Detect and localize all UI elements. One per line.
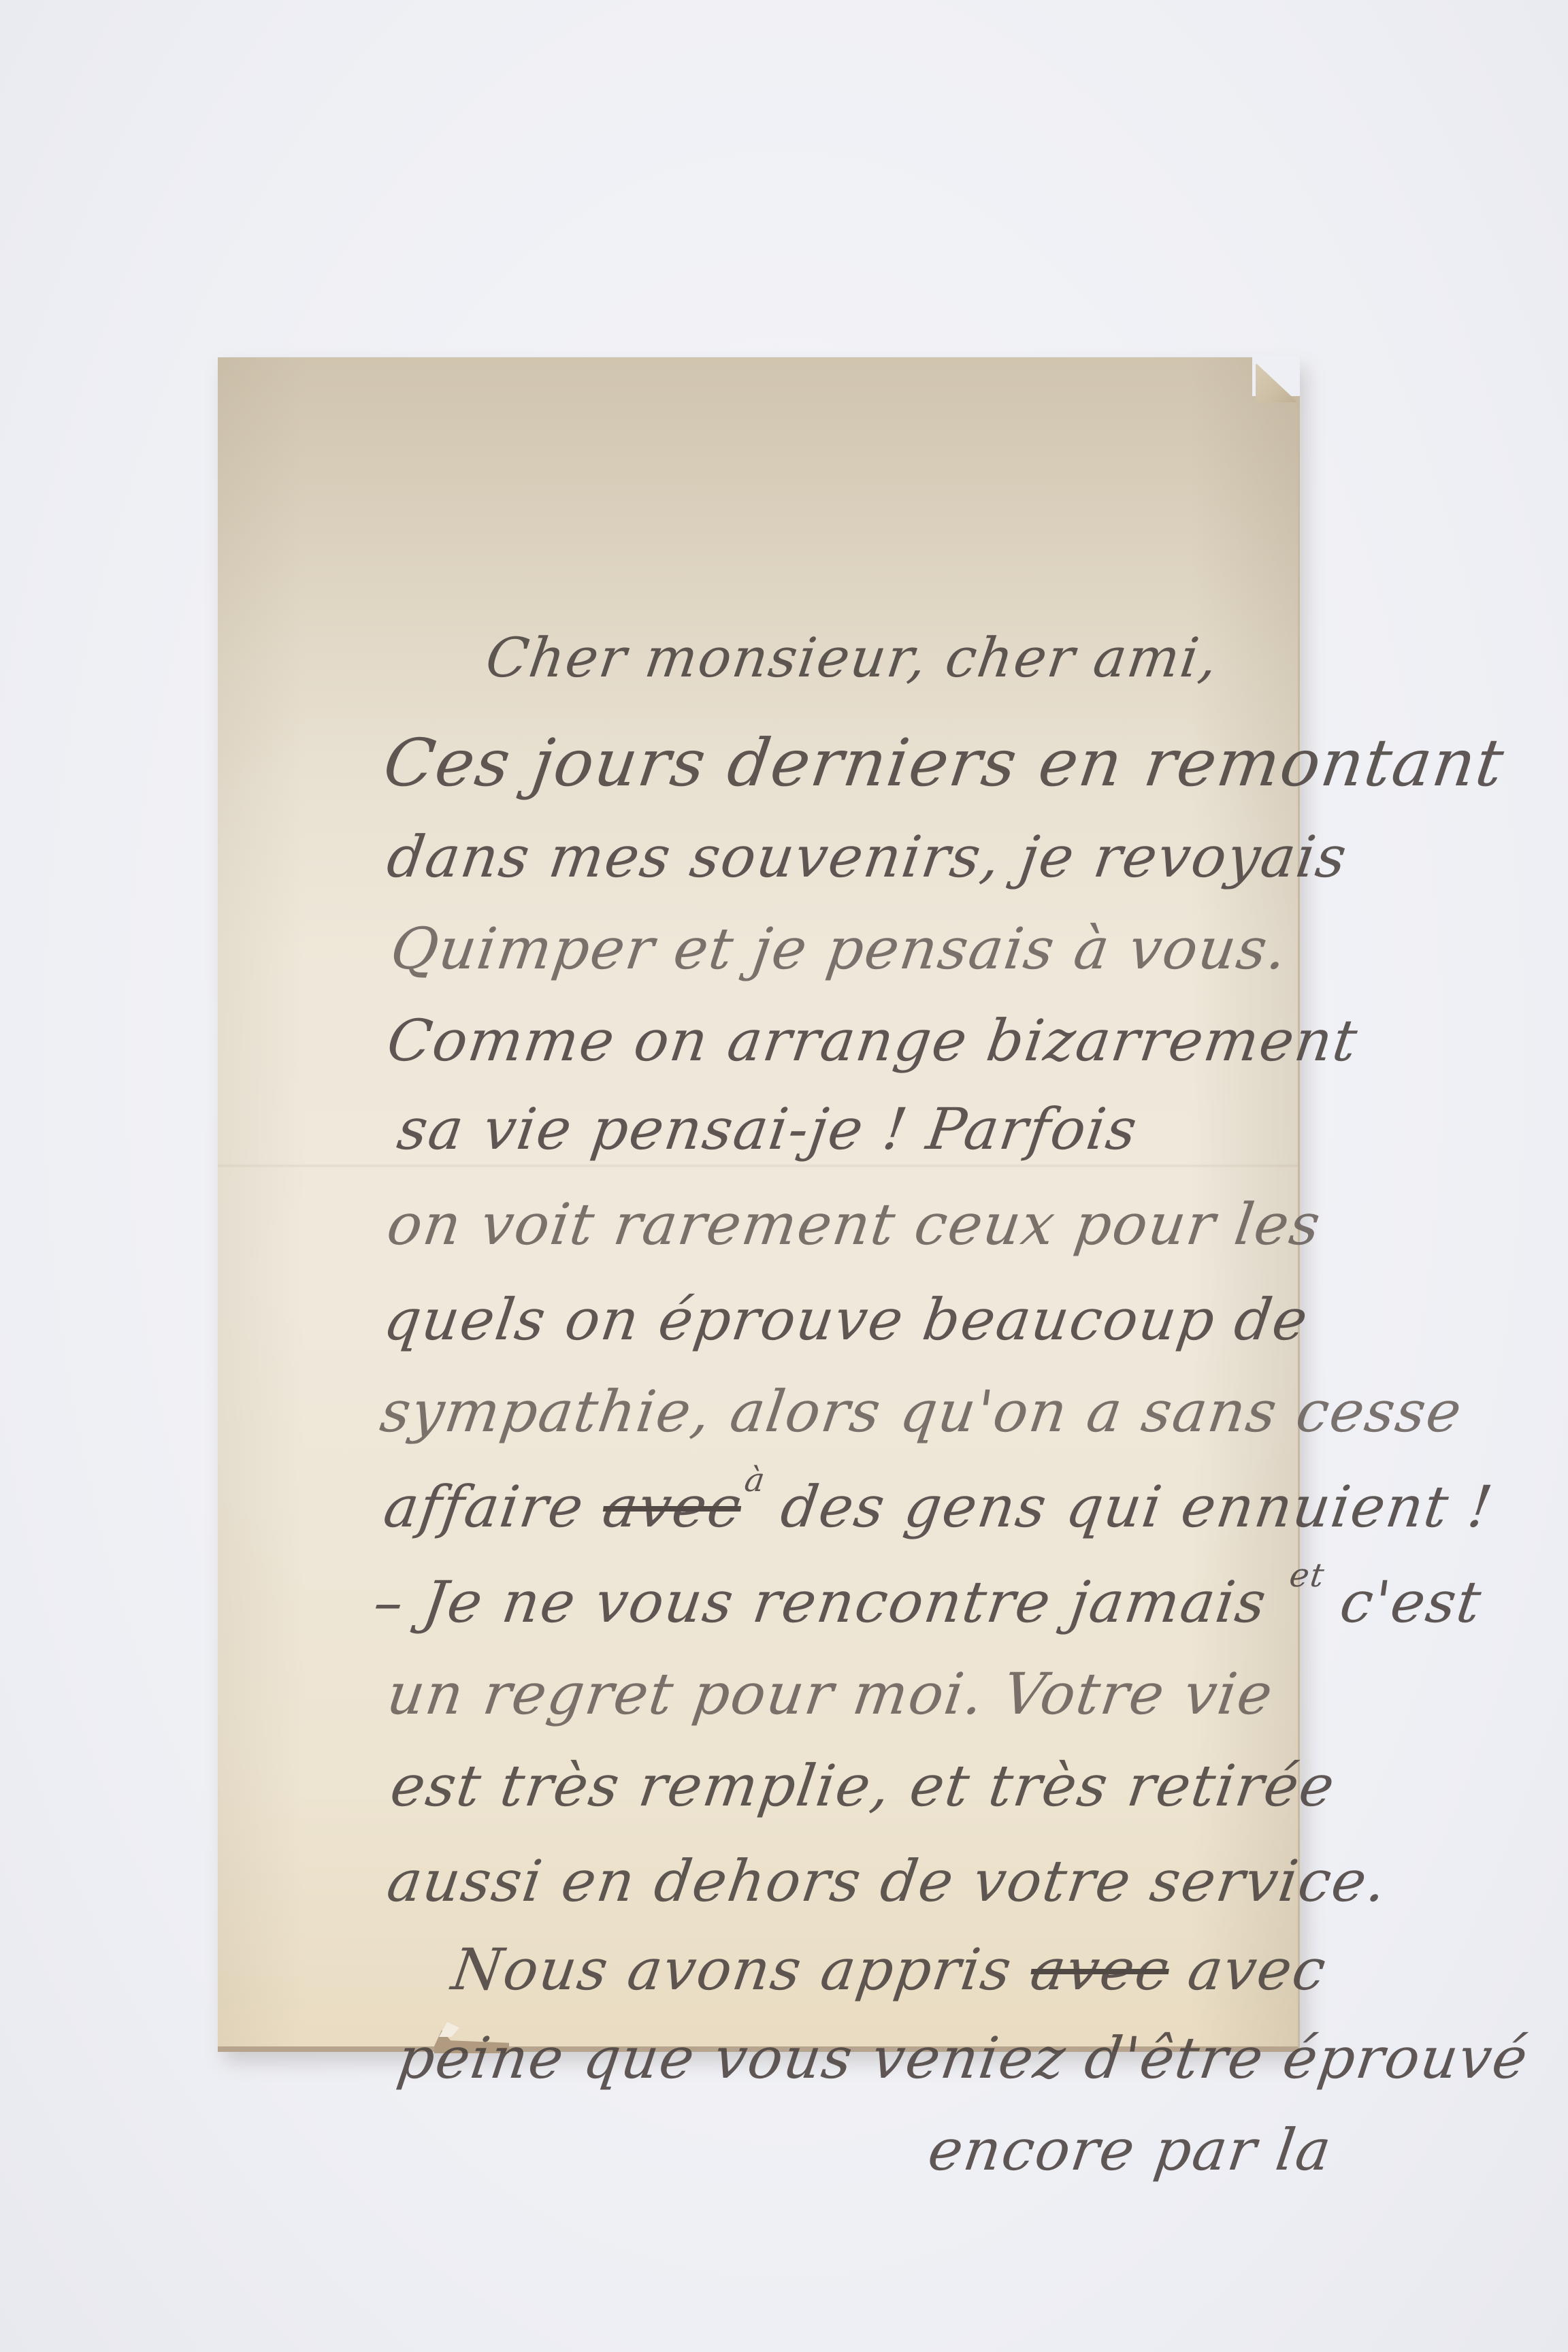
struck-word: avec [1027,1936,1174,2003]
letter-line-9: affaire avecà des gens qui ennuient ! [380,1473,1497,1540]
fold-crease [218,1164,1298,1168]
salutation: Cher monsieur, cher ami, [482,626,1222,689]
letter-line-8: sympathie, alors qu'on a sans cesse [376,1378,1467,1445]
letter-line-4: Comme on arrange bizarrement [383,1007,1362,1074]
letter-line-15: peine que vous veniez d'être éprouvé [393,2025,1533,2091]
letter-line-11: un regret pour moi. Votre vie [383,1661,1277,1727]
letter-sheet: Cher monsieur, cher ami, Ces jours derni… [218,357,1300,2052]
letter-line-1: Ces jours derniers en remontant [379,725,1509,801]
line-14-start: Nous avons appris [448,1936,1036,2003]
letter-line-10: – Je ne vous rencontre jamais et c'est [370,1569,1486,1635]
line-14-end: avec [1164,1936,1331,2003]
insertion-above: et [1287,1556,1328,1595]
letter-line-2: dans mes souvenirs, je revoyais [383,823,1352,890]
struck-word: avec [599,1473,746,1540]
letter-line-3: Quimper et je pensais à vous. [387,915,1292,982]
letter-line-6: on voit rarement ceux pour les [383,1191,1325,1258]
letter-line-14: Nous avons appris avec avec [448,1936,1331,2003]
letter-line-12: est très remplie, et très retirée [387,1752,1339,1819]
line-9-end: des gens qui ennuient ! [757,1473,1497,1540]
line-10-end: c'est [1317,1569,1486,1635]
line-9-start: affaire [380,1473,608,1540]
letter-line-5: sa vie pensai-je ! Parfois [393,1096,1142,1162]
letter-line-7: quels on éprouve beaucoup de [380,1286,1313,1353]
letter-line-13: aussi en dehors de votre service. [383,1848,1392,1914]
line-10-start: – Je ne vous rencontre jamais [370,1569,1291,1635]
letter-line-16: encore par la [924,2117,1336,2183]
